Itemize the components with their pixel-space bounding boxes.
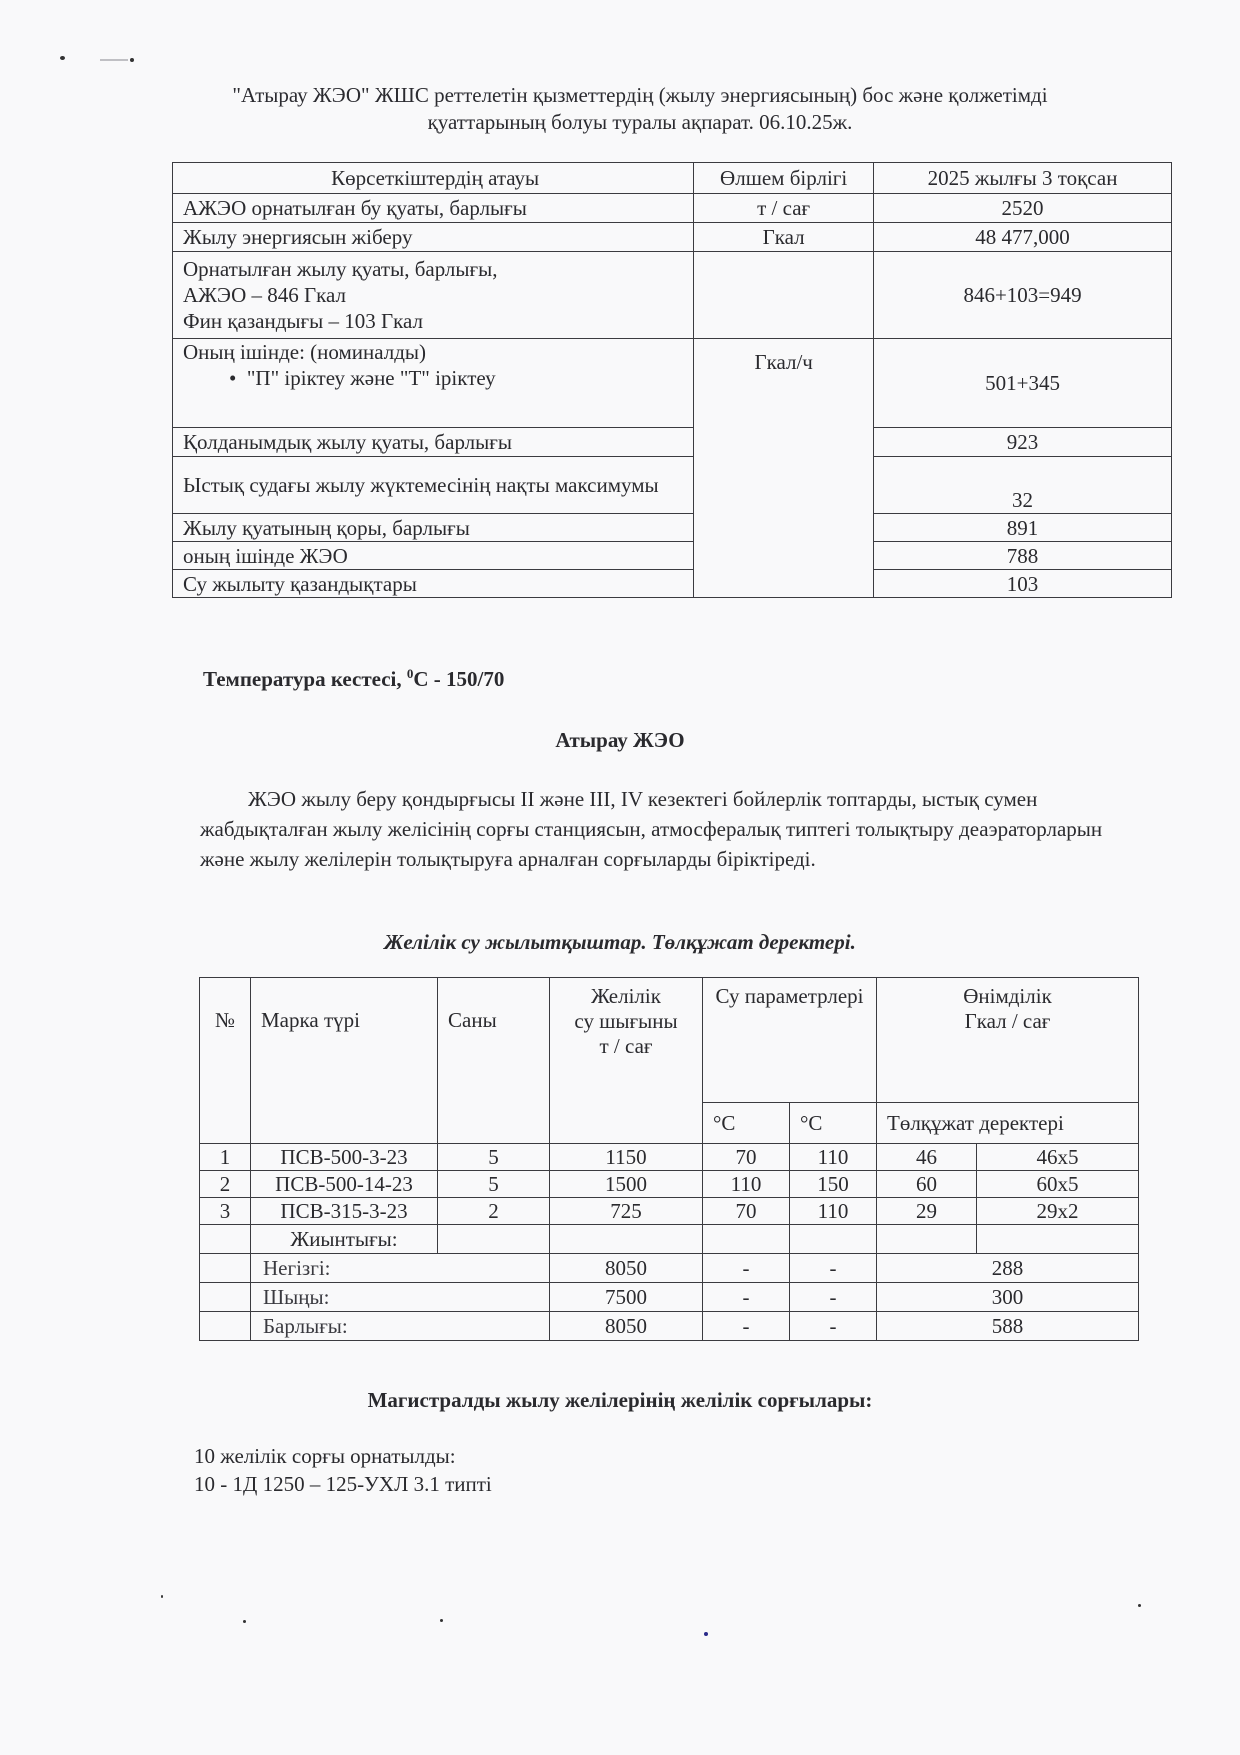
bullet-item: • "П" іріктеу және "Т" іріктеу: [183, 365, 687, 391]
heaters-table: № Марка түрі Саны Желілік су шығыны т / …: [199, 977, 1139, 1341]
table-row: Оның ішінде: (номиналды) • "П" іріктеу ж…: [173, 339, 1172, 428]
row-value: 103: [874, 570, 1172, 598]
cell-summary-flow: 8050: [550, 1312, 703, 1341]
row-value: 2520: [874, 194, 1172, 223]
cell-empty: [200, 1283, 251, 1312]
header-productivity-line: Гкал / сағ: [883, 1009, 1132, 1034]
pumps-line: 10 желілік сорғы орнатылды:: [194, 1442, 492, 1470]
row-name: оның ішінде ЖЭО: [173, 542, 694, 570]
cell-productivity-unit: 46: [877, 1144, 977, 1171]
table-row: 2 ПСВ-500-14-23 5 1500 110 150 60 60x5: [200, 1171, 1139, 1198]
document-title: "Атырау ЖЭО" ЖШС реттелетін қызметтердің…: [150, 82, 1130, 136]
scan-speck: [161, 1595, 163, 1598]
cell-summary-temp-in: -: [703, 1254, 790, 1283]
row-name: Қолданымдық жылу қуаты, барлығы: [173, 428, 694, 457]
cell-temp-in: 110: [703, 1171, 790, 1198]
cell-productivity-total: 60x5: [977, 1171, 1139, 1198]
row-value: 891: [874, 514, 1172, 542]
cell-productivity-unit: 60: [877, 1171, 977, 1198]
cell-temp-out: 110: [790, 1144, 877, 1171]
table-row: Ыстық судағы жылу жүктемесінің нақты мак…: [173, 457, 1172, 514]
header-passport: Төлқұжат деректері: [877, 1103, 1139, 1144]
row-name: Жылу энергиясын жіберу: [173, 223, 694, 252]
header-productivity-line: Өнімділік: [883, 984, 1132, 1009]
row-value: 501+345: [874, 339, 1172, 428]
row-name: Орнатылған жылу қуаты, барлығы, АЖЭО – 8…: [173, 252, 694, 339]
cell-quantity: 2: [438, 1198, 550, 1225]
row-name: Оның ішінде: (номиналды) • "П" іріктеу ж…: [173, 339, 694, 428]
document-title-line-2: қуаттарының болуы туралы ақпарат. 06.10.…: [150, 109, 1130, 136]
table-row: Орнатылған жылу қуаты, барлығы, АЖЭО – 8…: [173, 252, 1172, 339]
table-row: оның ішінде ЖЭО 788: [173, 542, 1172, 570]
header-indicator-name: Көрсеткіштердің атауы: [173, 163, 694, 194]
heaters-heading: Желілік су жылытқыштар. Төлқұжат деректе…: [0, 930, 1240, 955]
document-title-line-1: "Атырау ЖЭО" ЖШС реттелетін қызметтердің…: [150, 82, 1130, 109]
cell-summary-label: Негізгі:: [251, 1254, 550, 1283]
cell-mark: ПСВ-500-3-23: [251, 1144, 438, 1171]
table-row: 3 ПСВ-315-3-23 2 725 70 110 29 29x2: [200, 1198, 1139, 1225]
cell-mark: ПСВ-315-3-23: [251, 1198, 438, 1225]
cell-mark: ПСВ-500-14-23: [251, 1171, 438, 1198]
table-row-summary: Негізгі: 8050 - - 288: [200, 1254, 1139, 1283]
bullet-icon: •: [229, 366, 247, 390]
header-mark: Марка түрі: [251, 978, 438, 1144]
cell-temp-out: 150: [790, 1171, 877, 1198]
cell-summary-temp-out: -: [790, 1283, 877, 1312]
row-value: 923: [874, 428, 1172, 457]
cell-temp-out: 110: [790, 1198, 877, 1225]
header-flow-line: Желілік: [556, 984, 696, 1009]
cell-summary-label: Барлығы:: [251, 1312, 550, 1341]
header-flow-line: т / сағ: [556, 1034, 696, 1059]
cell-empty: [790, 1225, 877, 1254]
scan-mark: [100, 59, 128, 61]
cell-total-label: Жиынтығы:: [251, 1225, 438, 1254]
table-row: Жылу энергиясын жіберу Гкал 48 477,000: [173, 223, 1172, 252]
table-row: 1 ПСВ-500-3-23 5 1150 70 110 46 46x5: [200, 1144, 1139, 1171]
row-value: 48 477,000: [874, 223, 1172, 252]
row-unit: т / сағ: [694, 194, 874, 223]
cell-empty: [877, 1225, 977, 1254]
cell-summary-productivity: 588: [877, 1312, 1139, 1341]
cell-summary-flow: 7500: [550, 1283, 703, 1312]
row-value: 846+103=949: [874, 252, 1172, 339]
table-row: АЖЭО орнатылған бу қуаты, барлығы т / са…: [173, 194, 1172, 223]
table-row-summary: Шыңы: 7500 - - 300: [200, 1283, 1139, 1312]
temperature-value: С - 150/70: [413, 667, 504, 691]
pumps-info: 10 желілік сорғы орнатылды: 10 - 1Д 1250…: [194, 1442, 492, 1498]
row-name: Су жылыту қазандықтары: [173, 570, 694, 598]
cell-number: 1: [200, 1144, 251, 1171]
cell-summary-flow: 8050: [550, 1254, 703, 1283]
cell-empty: [438, 1225, 550, 1254]
cell-empty: [200, 1312, 251, 1341]
row-name: Ыстық судағы жылу жүктемесінің нақты мак…: [173, 457, 694, 514]
cell-summary-temp-in: -: [703, 1312, 790, 1341]
header-unit: Өлшем бірлігі: [694, 163, 874, 194]
cell-summary-temp-out: -: [790, 1254, 877, 1283]
row-name: Жылу қуатының қоры, барлығы: [173, 514, 694, 542]
cell-productivity-total: 46x5: [977, 1144, 1139, 1171]
cell-empty: [703, 1225, 790, 1254]
header-flow: Желілік су шығыны т / сағ: [550, 978, 703, 1144]
row-unit: Гкал: [694, 223, 874, 252]
scan-speck: [1138, 1604, 1141, 1607]
cell-flow: 1150: [550, 1144, 703, 1171]
cell-empty: [977, 1225, 1139, 1254]
cell-flow: 725: [550, 1198, 703, 1225]
row-name-line: АЖЭО – 846 Гкал: [183, 282, 687, 308]
header-temp-in: °С: [703, 1103, 790, 1144]
scan-speck: [440, 1619, 443, 1622]
header-period: 2025 жылғы 3 тоқсан: [874, 163, 1172, 194]
table-header-row: Көрсеткіштердің атауы Өлшем бірлігі 2025…: [173, 163, 1172, 194]
row-name-line: Оның ішінде: (номиналды): [183, 339, 687, 365]
cell-empty: [200, 1225, 251, 1254]
merged-unit-cell: Гкал/ч: [694, 339, 874, 598]
cell-empty: [200, 1254, 251, 1283]
cell-productivity-total: 29x2: [977, 1198, 1139, 1225]
cell-summary-productivity: 300: [877, 1283, 1139, 1312]
scan-speck: [243, 1620, 246, 1623]
table-row-total-label: Жиынтығы:: [200, 1225, 1139, 1254]
cell-flow: 1500: [550, 1171, 703, 1198]
scanned-page: "Атырау ЖЭО" ЖШС реттелетін қызметтердің…: [0, 0, 1240, 1755]
plant-heading: Атырау ЖЭО: [0, 728, 1240, 753]
cell-summary-productivity: 288: [877, 1254, 1139, 1283]
cell-summary-temp-out: -: [790, 1312, 877, 1341]
cell-temp-in: 70: [703, 1198, 790, 1225]
cell-quantity: 5: [438, 1171, 550, 1198]
scan-speck: [704, 1632, 708, 1636]
header-quantity: Саны: [438, 978, 550, 1144]
table-row: Қолданымдық жылу қуаты, барлығы 923: [173, 428, 1172, 457]
temperature-label: Температура кестесі,: [203, 667, 407, 691]
scan-speck: [60, 56, 65, 60]
bullet-text: "П" іріктеу және "Т" іріктеу: [247, 366, 496, 390]
pumps-line: 10 - 1Д 1250 – 125-УХЛ 3.1 типті: [194, 1470, 492, 1498]
header-temp-out: °С: [790, 1103, 877, 1144]
header-number: №: [200, 978, 251, 1144]
cell-summary-label: Шыңы:: [251, 1283, 550, 1312]
cell-summary-temp-in: -: [703, 1283, 790, 1312]
pumps-heading: Магистралды жылу желілерінің желілік сор…: [0, 1388, 1240, 1413]
header-flow-line: су шығыны: [556, 1009, 696, 1034]
row-name-line: Фин қазандығы – 103 Гкал: [183, 308, 687, 334]
cell-quantity: 5: [438, 1144, 550, 1171]
row-value: 788: [874, 542, 1172, 570]
table-row-summary: Барлығы: 8050 - - 588: [200, 1312, 1139, 1341]
capacity-table: Көрсеткіштердің атауы Өлшем бірлігі 2025…: [172, 162, 1172, 598]
header-productivity: Өнімділік Гкал / сағ: [877, 978, 1139, 1103]
table-row: Жылу қуатының қоры, барлығы 891: [173, 514, 1172, 542]
cell-number: 3: [200, 1198, 251, 1225]
row-unit-empty: [694, 252, 874, 339]
table-header-row: № Марка түрі Саны Желілік су шығыны т / …: [200, 978, 1139, 1103]
row-name: АЖЭО орнатылған бу қуаты, барлығы: [173, 194, 694, 223]
table-row: Су жылыту қазандықтары 103: [173, 570, 1172, 598]
cell-temp-in: 70: [703, 1144, 790, 1171]
cell-number: 2: [200, 1171, 251, 1198]
cell-productivity-unit: 29: [877, 1198, 977, 1225]
row-name-line: Орнатылған жылу қуаты, барлығы,: [183, 256, 687, 282]
header-water-params: Су параметрлері: [703, 978, 877, 1103]
plant-description: ЖЭО жылу беру қондырғысы II және III, IV…: [200, 784, 1150, 874]
scan-speck: [130, 58, 134, 62]
row-value: 32: [874, 457, 1172, 514]
temperature-schedule-heading: Температура кестесі, 0С - 150/70: [203, 666, 504, 692]
cell-empty: [550, 1225, 703, 1254]
